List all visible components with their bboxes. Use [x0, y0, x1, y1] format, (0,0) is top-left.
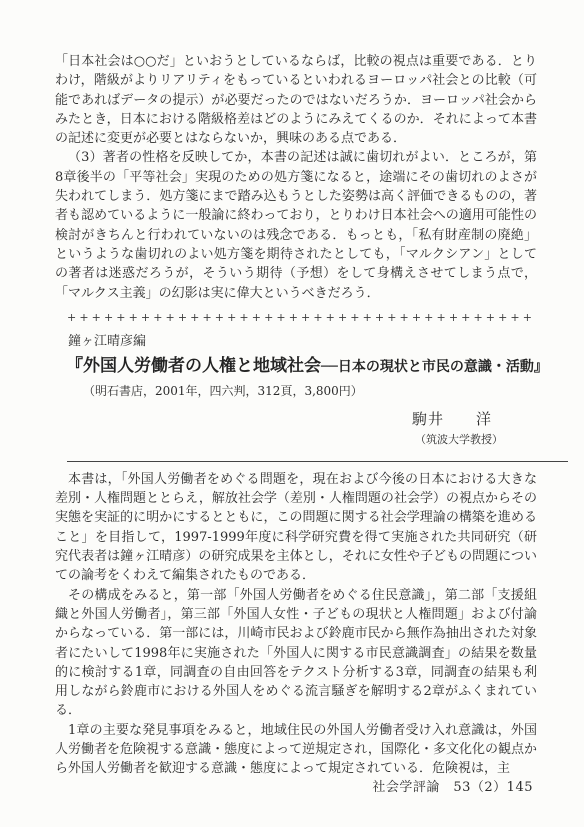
reviewer-affiliation: （筑波大学教授）: [55, 432, 537, 447]
book-title-subtitle: ──日本の現状と市民の意識・活動』: [321, 359, 548, 375]
review-paragraph-2: その構成をみると，第一部「外国人労働者をめぐる住民意識」，第二部「支援組織と外国…: [55, 586, 537, 721]
section-separator-ornament: ++++++++++++++++++++++++++++++++++++++++…: [67, 311, 535, 324]
book-title-main: 『外国人労働者の人権と地域社会: [66, 356, 321, 376]
review-paragraph-1: 本書は，「外国人労働者をめぐる問題を，現在および今後の日本における大きな差別・人…: [55, 470, 537, 586]
book-title: 『外国人労働者の人権と地域社会──日本の現状と市民の意識・活動』: [55, 353, 537, 380]
reviewer-block: 駒井 洋 （筑波大学教授）: [55, 408, 537, 447]
point3-paragraph: （3）著者の性格を反映してか，本書の記述は誠に歯切れがよい．ところが，第8章後半…: [55, 148, 537, 302]
review-paragraph-3: 1章の主要な発見事項をみると，地域住民の外国人労働者受け入れ意識は，外国人労働者…: [55, 721, 537, 779]
book-editor: 鐘ヶ江晴彦編: [55, 332, 537, 351]
continuation-paragraph: 「日本社会は○○だ」といおうとしているならば，比較の視点は重要である．とりわけ，…: [55, 52, 537, 148]
text-column: 「日本社会は○○だ」といおうとしているならば，比較の視点は重要である．とりわけ，…: [55, 52, 537, 779]
journal-footer: 社会学評論 53（2）145: [372, 776, 533, 795]
book-publication-info: （明石書店，2001年，四六判，312頁，3,800円）: [55, 382, 537, 400]
reviewer-name: 駒井 洋: [55, 408, 537, 430]
divider-rule: [67, 461, 568, 462]
scanned-journal-page: 「日本社会は○○だ」といおうとしているならば，比較の視点は重要である．とりわけ，…: [0, 0, 584, 827]
